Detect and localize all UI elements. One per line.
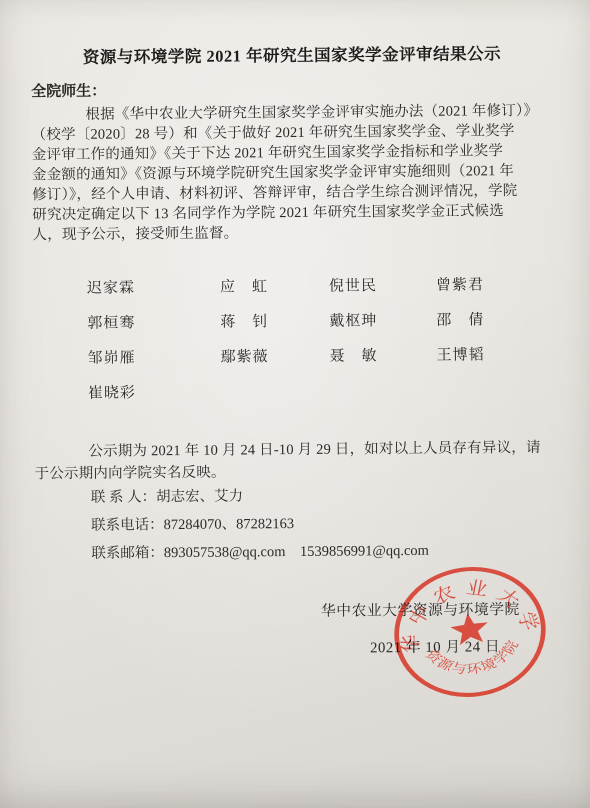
candidate-name: 崔晓彩 bbox=[88, 382, 221, 405]
notice-paragraph: 公示期为 2021 年 10 月 24 日-10 月 29 日，如对以上人员存有… bbox=[34, 438, 560, 486]
candidate-name: 戴枢珅 bbox=[329, 310, 436, 333]
document-photo: 资源与环境学院 2021 年研究生国家奖学金评审结果公示 全院师生： 根据《华中… bbox=[0, 0, 590, 808]
paper-page: 资源与环境学院 2021 年研究生国家奖学金评审结果公示 全院师生： 根据《华中… bbox=[0, 0, 590, 808]
issue-date: 2021 年 10 月 24 日 bbox=[370, 635, 500, 657]
document-title: 资源与环境学院 2021 年研究生国家奖学金评审结果公示 bbox=[0, 39, 587, 68]
salutation: 全院师生： bbox=[31, 80, 106, 102]
candidate-name-grid: 迟家霖应 虹倪世民曾紫君郭桓骞蒋 钊戴枢珅邵 倩邹峁雁鄢紫薇聂 敏王博韬崔晓彩 bbox=[87, 274, 534, 405]
paragraph-line: 于公示期内向学院实名反映。 bbox=[35, 459, 561, 485]
candidate-name: 郭桓骞 bbox=[87, 312, 220, 335]
candidate-name: 迟家霖 bbox=[87, 277, 220, 300]
paragraph-line: 公示期为 2021 年 10 月 24 日-10 月 29 日，如对以上人员存有… bbox=[34, 438, 560, 464]
candidate-name: 鄢紫薇 bbox=[220, 346, 329, 369]
paragraph-line: 人，现予公示，接受师生监督。 bbox=[32, 221, 558, 246]
contact-phone: 联系电话：87284070、87282163 bbox=[35, 516, 429, 534]
candidate-name: 聂 敏 bbox=[329, 345, 436, 368]
contact-person: 联 系 人：胡志宏、艾力 bbox=[35, 488, 429, 506]
candidate-name: 曾紫君 bbox=[436, 274, 533, 297]
candidate-name: 邹峁雁 bbox=[88, 347, 221, 370]
issuer-name: 华中农业大学资源与环境学院 bbox=[321, 598, 520, 621]
candidate-name: 王博韬 bbox=[436, 344, 533, 367]
candidate-name: 蒋 钊 bbox=[220, 311, 329, 334]
candidate-name: 邵 倩 bbox=[436, 309, 533, 332]
official-seal: 华中农业大学 资源与环境学院 bbox=[383, 555, 557, 709]
contact-email: 联系邮箱：893057538@qq.com 1539856991@qq.com bbox=[35, 544, 429, 562]
intro-paragraph: 根据《华中农业大学研究生国家奖学金评审实施办法（2021 年修订）》（校学〔20… bbox=[31, 101, 558, 246]
seal-ring bbox=[389, 560, 551, 704]
contact-block: 联 系 人：胡志宏、艾力 联系电话：87284070、87282163 联系邮箱… bbox=[35, 488, 429, 575]
candidate-name: 应 虹 bbox=[220, 276, 329, 299]
candidate-name: 倪世民 bbox=[329, 275, 436, 298]
